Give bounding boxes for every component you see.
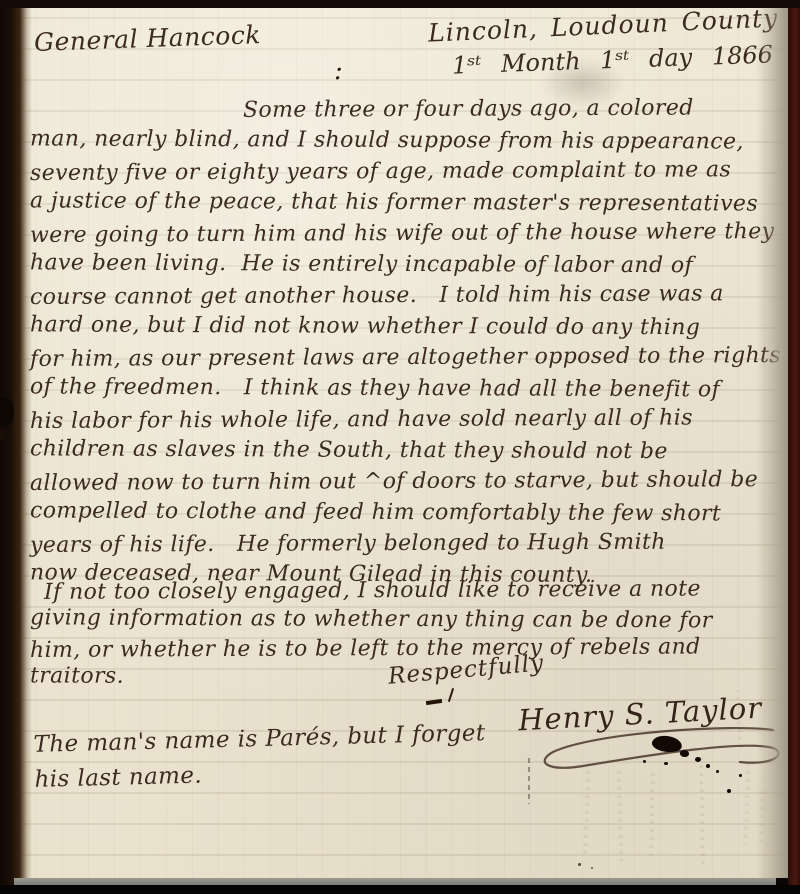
letter-line: children as slaves in the South, that th… bbox=[30, 433, 782, 467]
scan-top-edge bbox=[0, 0, 800, 8]
letter-line: his labor for his whole life, and have s… bbox=[30, 402, 782, 437]
cover-edge bbox=[788, 0, 800, 886]
letter-line: compelled to clothe and feed him comfort… bbox=[30, 495, 782, 529]
ink-blot bbox=[643, 760, 646, 763]
ink-blot bbox=[739, 774, 742, 777]
ink-blot bbox=[680, 750, 689, 757]
letter-line: seventy five or eighty years of age, mad… bbox=[30, 154, 782, 189]
letter-line: course cannot get another house. I told … bbox=[30, 278, 782, 313]
ink-blot bbox=[727, 789, 731, 793]
book-binding-shadow bbox=[0, 0, 32, 894]
letter-body-paragraph-1: Some three or four days ago, a colored m… bbox=[30, 94, 782, 590]
letter-scan: General Hancock Lincoln, Loudoun County … bbox=[0, 0, 800, 894]
letter-line: have been living. He is entirely incapab… bbox=[30, 247, 782, 281]
binding-ink-blob bbox=[0, 428, 7, 440]
faint-vertical-mark bbox=[528, 758, 530, 804]
page-edge bbox=[756, 7, 790, 878]
letter-line: for him, as our present laws are altoget… bbox=[30, 340, 782, 375]
ink-speck bbox=[578, 863, 581, 866]
ink-blot bbox=[706, 764, 710, 768]
letter-line: Some three or four days ago, a colored bbox=[30, 92, 782, 127]
letter-line: of the freedmen. I think as they have ha… bbox=[30, 371, 782, 405]
letter-line: were going to turn him and his wife out … bbox=[30, 216, 782, 251]
postscript: The man's name is Parés, but I forget hi… bbox=[33, 716, 487, 798]
letter-line: hard one, but I did not know whether I c… bbox=[30, 309, 782, 343]
ink-speck bbox=[591, 867, 593, 869]
scan-bottom-edge bbox=[0, 885, 800, 894]
ink-blot bbox=[695, 757, 701, 762]
letter-line: a justice of the peace, that his former … bbox=[30, 185, 782, 219]
letter-line: him, or whether he is to be left to the … bbox=[30, 632, 782, 665]
letter-line: If not too closely engaged, I should lik… bbox=[30, 574, 782, 607]
ink-blot bbox=[716, 770, 719, 773]
colon-mark: : bbox=[334, 56, 343, 86]
letter-line: allowed now to turn him out ^of doors to… bbox=[30, 464, 782, 499]
letter-line: man, nearly blind, and I should suppose … bbox=[30, 123, 782, 157]
letter-line: giving information as to whether any thi… bbox=[30, 603, 782, 635]
scan-bottom-bar bbox=[14, 878, 776, 885]
ink-blot bbox=[664, 762, 668, 765]
binding-ink-blob bbox=[0, 398, 14, 426]
letter-line: years of his life. He formerly belonged … bbox=[30, 526, 782, 561]
